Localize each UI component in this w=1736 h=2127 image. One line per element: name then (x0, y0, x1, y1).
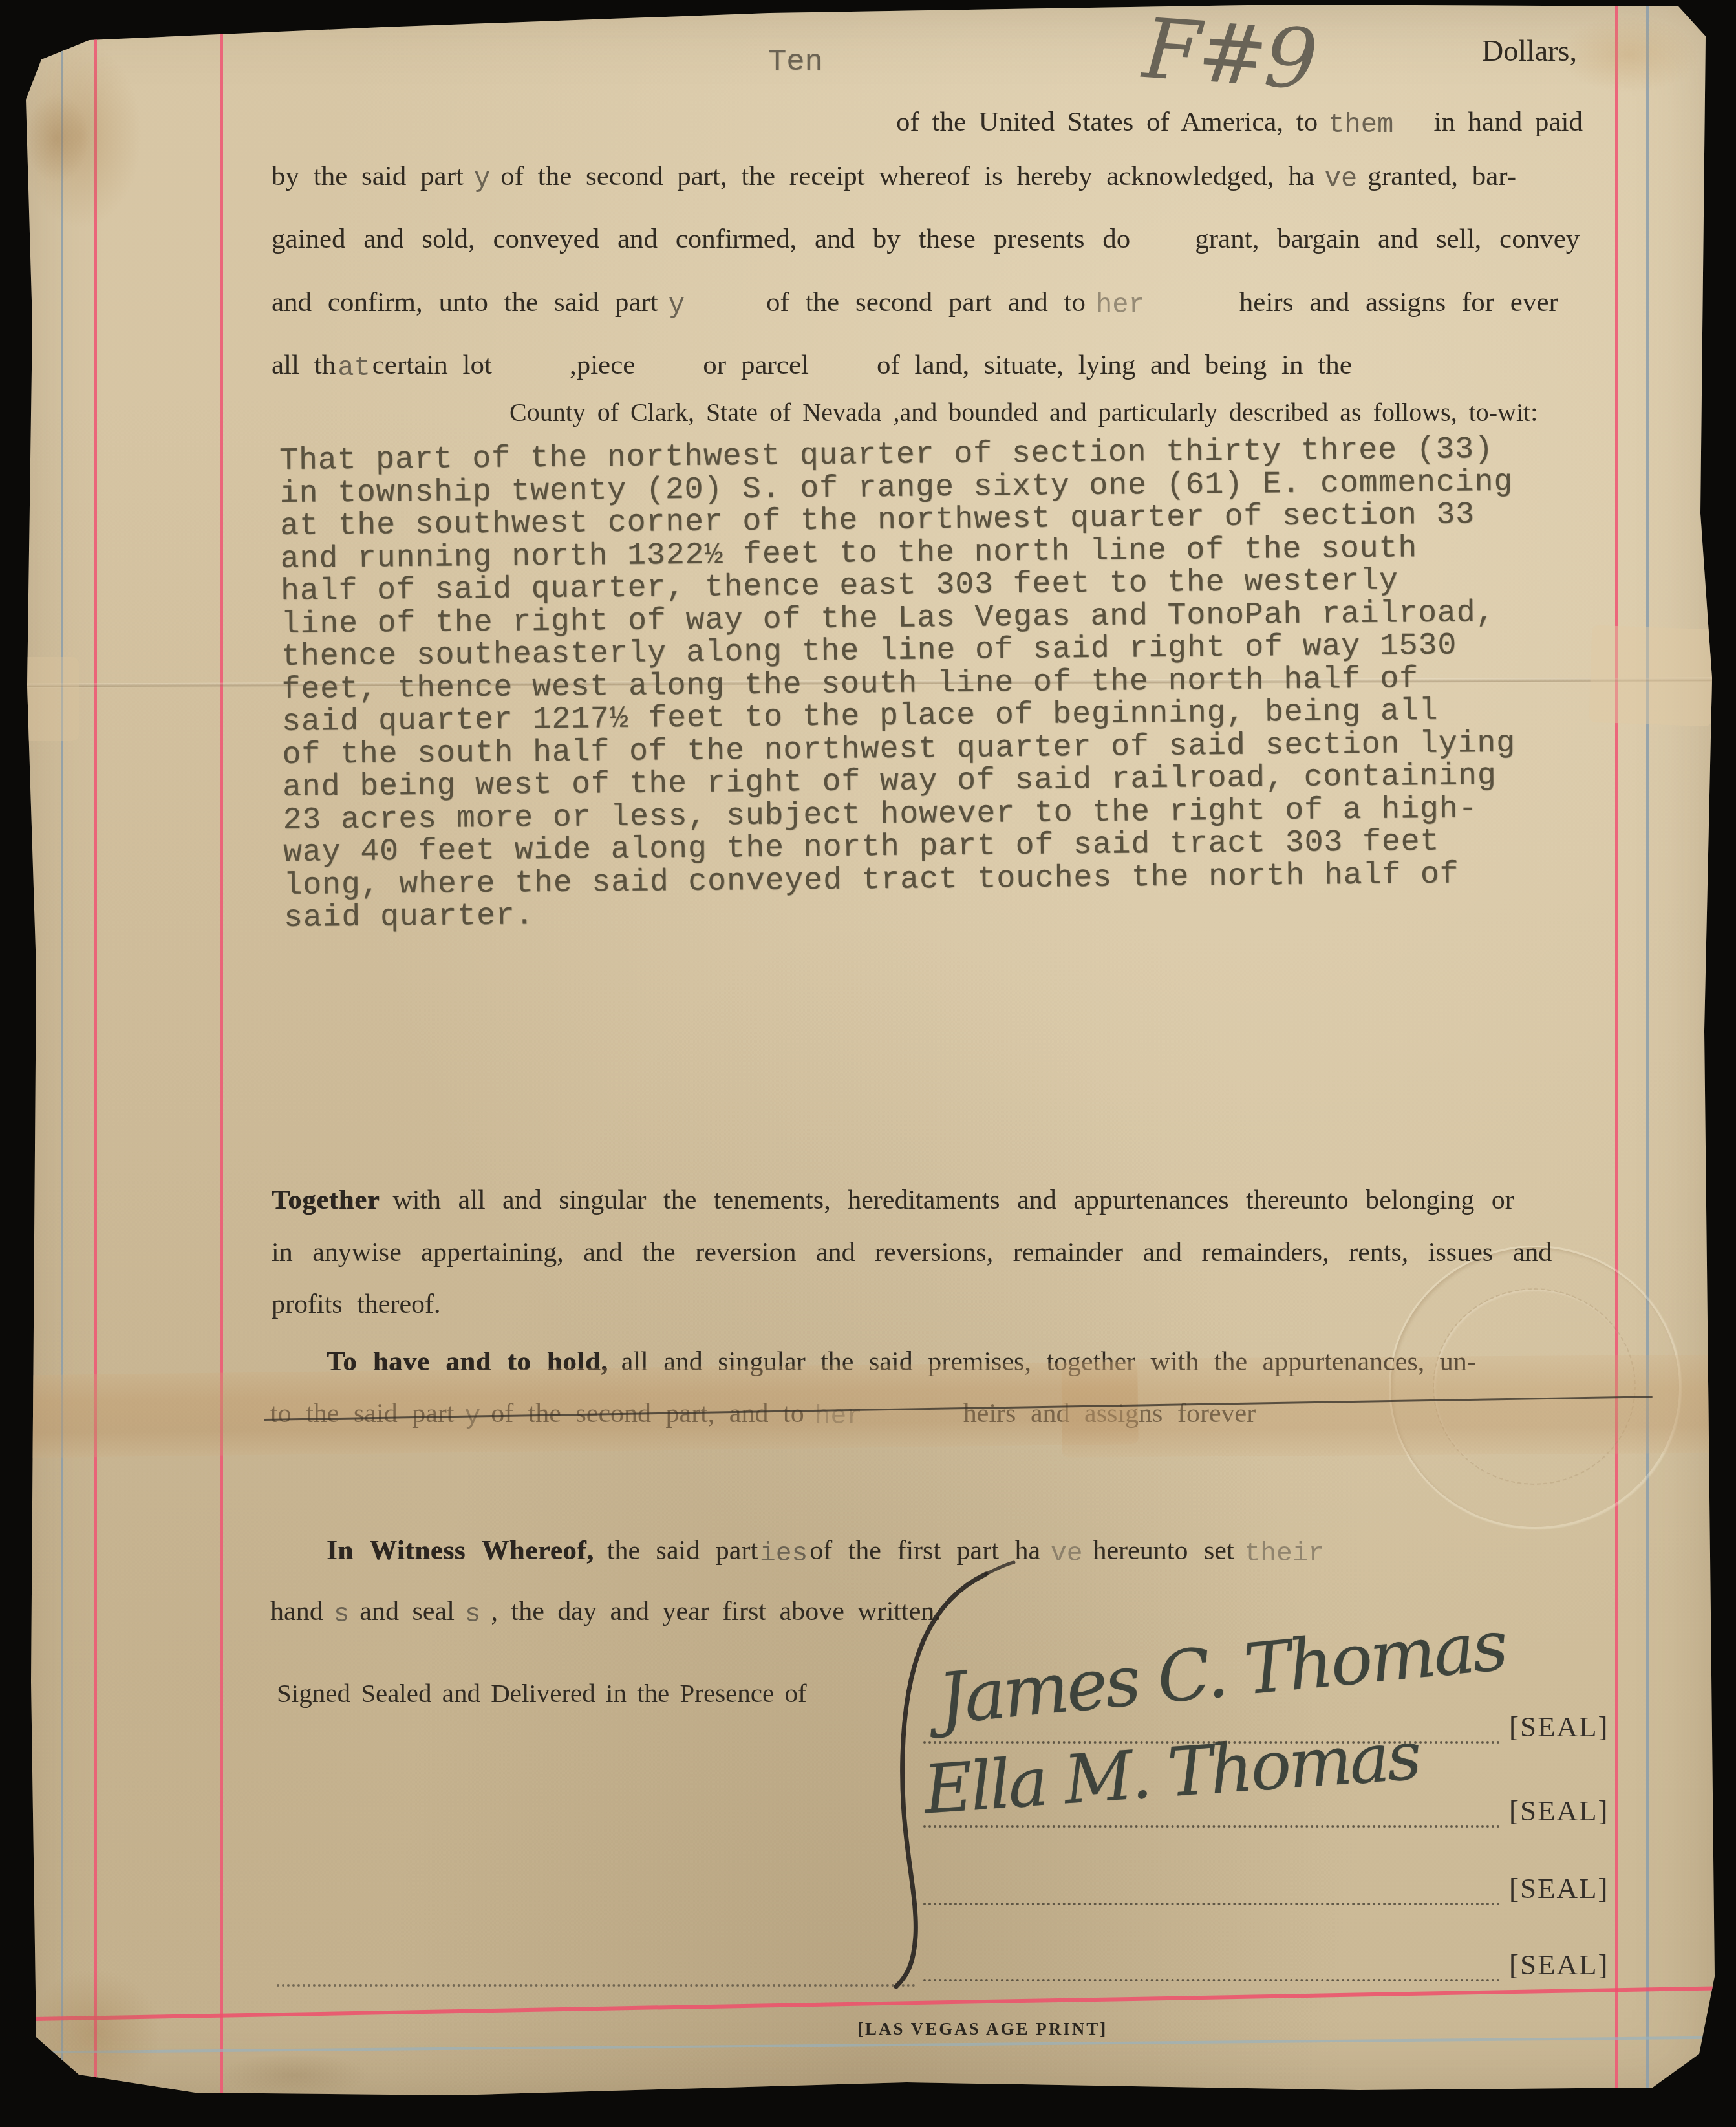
together-clause-line-1: Togetherwith all and singular the teneme… (272, 1185, 1514, 1216)
printed-text: granted, bar- (1367, 161, 1516, 191)
typed-insert-text: s (465, 1600, 481, 1630)
left-pink-margin-rule-1 (94, 3, 97, 2127)
together-clause-line-2: in anywise appertaining, and the reversi… (272, 1237, 1552, 1268)
printed-text: ,piece (570, 350, 635, 380)
printed-text: of land, situate, lying and being in the (877, 350, 1352, 380)
typed-insert-text: ve (1325, 164, 1358, 195)
seal-label-3: [SEAL] (1509, 1872, 1609, 1905)
typed-insert-text: s (334, 1600, 350, 1630)
bottom-smudge (220, 2053, 369, 2098)
printer-imprint: [LAS VEGAS AGE PRINT] (857, 2019, 1108, 2039)
consideration-amount-typed: Ten (768, 45, 823, 80)
granting-clause-line-2: gained and sold, conveyed and confirmed,… (272, 223, 1580, 255)
top-left-stain-dark (25, 93, 89, 184)
typed-insert-text: at (338, 352, 370, 383)
deed-paper-sheet: Ten F#9 Dollars, of the United States of… (19, 3, 1717, 2103)
printed-text: profits thereof. (272, 1290, 441, 1319)
together-clause-line-3: profits thereof. (272, 1289, 441, 1320)
signature-line-1 (923, 1741, 1500, 1744)
printed-text: the said part (607, 1536, 758, 1566)
printed-text: grant, bargain and sell, convey (1195, 224, 1580, 254)
legal-description-typed-block: That part of the northwest quarter of se… (279, 433, 1517, 935)
witness-clause-line-2: handsand seals, the day and year first a… (270, 1596, 941, 1628)
printed-text: all th (272, 350, 336, 380)
bottom-left-stain (26, 1969, 162, 2098)
right-blue-margin-rule (1646, 3, 1649, 2127)
printed-text: and seal (359, 1597, 454, 1626)
dollars-label: Dollars, (1482, 34, 1577, 68)
printed-text: by the said part (272, 161, 464, 191)
printed-text: hereunto set (1093, 1536, 1234, 1566)
printed-text: of the second part and to (766, 287, 1086, 318)
seal-label-2: [SEAL] (1509, 1794, 1609, 1828)
signature-line-2 (923, 1825, 1500, 1828)
printed-text: in anywise appertaining, and the reversi… (272, 1238, 1552, 1268)
gothic-heading-text: In Witness Whereof, (327, 1536, 594, 1566)
printed-text: or parcel (703, 350, 809, 380)
left-pink-margin-rule-2 (220, 3, 223, 2127)
printed-text: and confirm, unto the said part (272, 287, 658, 318)
handwritten-annotation: F#9 (1140, 1, 1318, 109)
gothic-heading-text: Together (272, 1185, 380, 1215)
typed-insert-text: them (1328, 109, 1393, 140)
tape-strip-right (1061, 1354, 1736, 1457)
printed-text: heirs and assigns for ever (1239, 287, 1558, 318)
top-right-stain (1558, 16, 1700, 93)
granting-clause-line-4: all thatcertain lot,pieceor parcelof lan… (272, 349, 1352, 382)
scanned-deed-page: { "colors": { "paper": "#d4c2a0", "ink":… (0, 0, 1736, 2127)
county-state-line: County of Clark, State of Nevada ,and bo… (509, 397, 1538, 427)
left-blue-margin-rule (61, 3, 63, 2127)
tape-patch-left-edge (14, 657, 79, 741)
seal-label-4: [SEAL] (1509, 1948, 1609, 1981)
typed-insert-text: y (669, 290, 685, 321)
typed-insert-text: y (474, 164, 490, 195)
tape-patch-right-edge (1589, 625, 1715, 727)
granting-clause-line-1: by the said partyof the second part, the… (272, 160, 1516, 193)
granting-clause-line-3: and confirm, unto the said partyof the s… (272, 286, 1558, 319)
signature-line-4 (923, 1979, 1500, 1981)
printed-text: in hand paid (1433, 107, 1583, 137)
printed-text: gained and sold, conveyed and confirmed,… (272, 224, 1130, 254)
typed-insert-text: ies (760, 1539, 808, 1569)
printed-text: of the United States of America, to (896, 107, 1318, 137)
witness-clause-line-1: In Witness Whereof,the said partiesof th… (327, 1535, 1334, 1568)
signature-line-3 (923, 1903, 1500, 1905)
seal-label-1: [SEAL] (1509, 1710, 1609, 1744)
tape-strip-left (0, 1361, 1139, 1458)
printed-text: hand (270, 1597, 323, 1626)
right-pink-margin-rule (1615, 3, 1618, 2127)
printed-text: with all and singular the tenements, her… (392, 1185, 1514, 1215)
typed-insert-text: their (1245, 1539, 1325, 1569)
typed-insert-text: her (1096, 290, 1145, 321)
witness-signature-line (277, 1984, 916, 1987)
printed-text: certain lot (372, 350, 492, 380)
presence-of-line: Signed Sealed and Delivered in the Prese… (277, 1678, 807, 1709)
printed-text: of the second part, the receipt whereof … (500, 161, 1314, 191)
in-hand-paid-line: of the United States of America, tothemi… (896, 106, 1583, 139)
typed-insert-text: ve (1051, 1539, 1082, 1569)
